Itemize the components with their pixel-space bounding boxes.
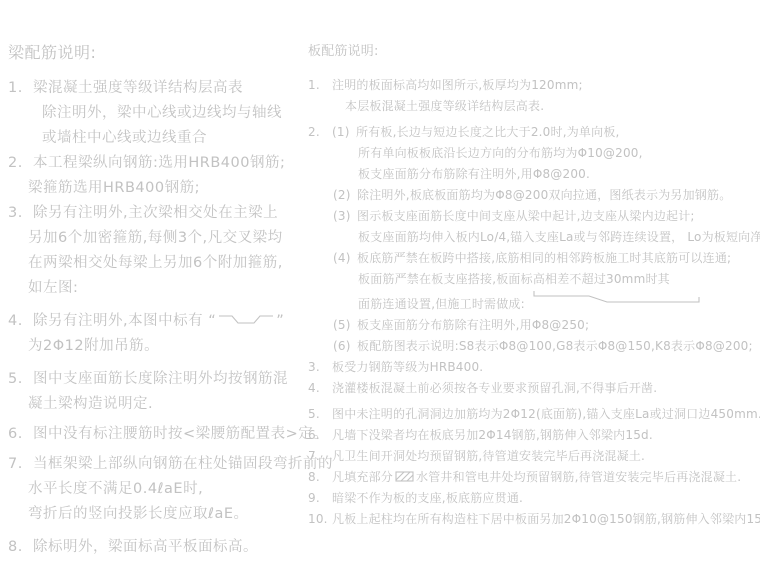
note-text: 凡墙下没梁者均在板底另加2Φ14钢筋,钢筋伸入邻梁内15d. bbox=[332, 428, 653, 442]
note-line: 板支座面筋均伸入板内Lo/4,锚入支座La或与邻跨连续设置， Lo为板短向净跨; bbox=[308, 227, 760, 248]
sub-item-marker: (1) bbox=[332, 122, 356, 143]
item-number: 4. bbox=[8, 309, 33, 334]
hatch-box-icon bbox=[395, 471, 414, 482]
slab-notes-title: 板配筋说明: bbox=[308, 40, 760, 59]
note-line: 6.凡墙下没梁者均在板底另加2Φ14钢筋,钢筋伸入邻梁内15d. bbox=[308, 425, 760, 446]
note-text: ” bbox=[276, 313, 284, 329]
note-line: 凝土梁构造说明定. bbox=[8, 392, 306, 417]
item-number: 9. bbox=[308, 488, 332, 509]
note-line: 8.除标明外，梁面标高平板面标高。 bbox=[8, 535, 306, 560]
item-number: 5. bbox=[308, 404, 332, 425]
note-line: 9.暗梁不作为板的支座,板底筋应贯通. bbox=[308, 488, 760, 509]
note-text: 凡卫生间开洞处均预留钢筋,待管道安装完毕后再浇混凝土. bbox=[332, 449, 645, 463]
note-line: 水平长度不满足0.4ℓaE时, bbox=[8, 477, 306, 502]
note-text: 当框架梁上部纵向钢筋在柱处锚固段弯折前的 bbox=[33, 456, 333, 472]
note-text: 注明的板面标高均如图所示,板厚均为120mm; bbox=[332, 78, 583, 92]
note-text: 凡板上起柱均在所有构造柱下居中板面另加2Φ10@150钢筋,钢筋伸入邻梁内15d… bbox=[332, 512, 760, 526]
note-line: 3.板受力钢筋等级为HRB400. bbox=[308, 357, 760, 378]
note-line: 另加6个加密箍筋,每侧3个,凡交叉梁均 bbox=[8, 226, 306, 251]
item-number: 3. bbox=[8, 201, 33, 226]
sub-item-marker: (2) bbox=[333, 185, 357, 206]
item-number: 1. bbox=[8, 76, 33, 101]
note-line: 除注明外，梁中心线或边线均与轴线 bbox=[8, 101, 306, 126]
item-number: 10. bbox=[308, 509, 332, 530]
sub-item-marker: (5) bbox=[333, 315, 357, 336]
note-text: 凡填充部分 bbox=[332, 470, 393, 484]
note-text: 图中没有标注腰筋时按<梁腰筋配置表>定。 bbox=[33, 426, 328, 442]
sub-item-marker: (6) bbox=[333, 336, 357, 357]
note-text: 梁混凝土强度等级详结构层高表 bbox=[33, 80, 243, 96]
beam-notes-column: 梁配筋说明: 1.梁混凝土强度等级详结构层高表 除注明外，梁中心线或边线均与轴线… bbox=[8, 40, 306, 560]
note-line: 所有单向板板底沿长边方向的分布筋均为Φ10@200, bbox=[308, 143, 760, 164]
note-text: 板支座面筋分布筋除有注明外,用Φ8@250; bbox=[357, 318, 589, 332]
note-line: 5.图中未注明的孔洞洞边加筋均为2Φ12(底面筋),锚入支座La或过洞口边450… bbox=[308, 404, 760, 425]
item-number: 7. bbox=[308, 446, 332, 467]
drawing-notes-sheet: 梁配筋说明: 1.梁混凝土强度等级详结构层高表 除注明外，梁中心线或边线均与轴线… bbox=[0, 0, 760, 570]
item-number: 6. bbox=[308, 425, 332, 446]
note-text: 浇灌楼板混凝土前必须按各专业要求预留孔洞,不得事后开凿. bbox=[332, 381, 657, 395]
slab-notes-column: 板配筋说明: 1.注明的板面标高均如图所示,板厚均为120mm; 本层板混凝土强… bbox=[308, 40, 760, 530]
note-text: 暗梁不作为板的支座,板底筋应贯通. bbox=[332, 491, 523, 505]
beam-notes-title: 梁配筋说明: bbox=[8, 40, 306, 63]
note-text: 除另有注明外,本图中标有 “ bbox=[33, 313, 216, 329]
item-number: 5. bbox=[8, 367, 33, 392]
note-line: 板面筋严禁在板支座搭接,板面标高相差不超过30mm时其 bbox=[308, 269, 760, 290]
note-text: 除另有注明外,主次梁相交处在主梁上 bbox=[33, 205, 278, 221]
item-number: 7. bbox=[8, 452, 33, 477]
note-text: 所有板,长边与短边长度之比大于2.0时,为单向板, bbox=[356, 125, 620, 139]
note-text: 本工程梁纵向钢筋:选用HRB400钢筋; bbox=[33, 155, 285, 171]
item-number: 2. bbox=[8, 151, 33, 176]
item-number: 6. bbox=[8, 422, 33, 447]
note-line: (5)板支座面筋分布筋除有注明外,用Φ8@250; bbox=[308, 315, 760, 336]
note-text: 板受力钢筋等级为HRB400. bbox=[332, 360, 483, 374]
note-text: 水管井和管电井处均预留钢筋,待管道安装完毕后再浇混凝土. bbox=[416, 470, 741, 484]
note-line: 弯折后的竖向投影长度应取ℓaE。 bbox=[8, 502, 306, 527]
note-line: 本层板混凝土强度等级详结构层高表. bbox=[308, 96, 760, 117]
note-line: 1.注明的板面标高均如图所示,板厚均为120mm; bbox=[308, 75, 760, 96]
note-text: 图中支座面筋长度除注明外均按钢筋混 bbox=[33, 371, 288, 387]
sub-item-marker: (3) bbox=[333, 206, 357, 227]
note-line: 板支座面筋分布筋除有注明外,用Φ8@200. bbox=[308, 164, 760, 185]
note-line: (2)除注明外,板底板面筋均为Φ8@200双向拉通，图纸表示为另加钢筋。 bbox=[308, 185, 760, 206]
note-line: 10.凡板上起柱均在所有构造柱下居中板面另加2Φ10@150钢筋,钢筋伸入邻梁内… bbox=[308, 509, 760, 530]
note-line: 7.当框架梁上部纵向钢筋在柱处锚固段弯折前的 bbox=[8, 452, 306, 477]
note-text: 板配筋图表示说明:S8表示Φ8@100,G8表示Φ8@150,K8表示Φ8@20… bbox=[357, 339, 753, 353]
note-line: 1.梁混凝土强度等级详结构层高表 bbox=[8, 76, 306, 101]
note-text: 板底筋严禁在板跨中搭接,底筋相同的相邻跨板施工时其底筋可以连通; bbox=[357, 251, 731, 265]
note-line: 5.图中支座面筋长度除注明外均按钢筋混 bbox=[8, 367, 306, 392]
item-number: 4. bbox=[308, 378, 332, 399]
note-text: 图示板支座面筋长度中间支座从梁中起计,边支座从梁内边起计; bbox=[357, 209, 695, 223]
note-line: (4)板底筋严禁在板跨中搭接,底筋相同的相邻跨板施工时其底筋可以连通; bbox=[308, 248, 760, 269]
note-line: 2.本工程梁纵向钢筋:选用HRB400钢筋; bbox=[8, 151, 306, 176]
item-number: 8. bbox=[308, 467, 332, 488]
note-line: 7.凡卫生间开洞处均预留钢筋,待管道安装完毕后再浇混凝土. bbox=[308, 446, 760, 467]
note-line: (3)图示板支座面筋长度中间支座从梁中起计,边支座从梁内边起计; bbox=[308, 206, 760, 227]
offset-step-symbol bbox=[533, 290, 701, 306]
note-line: (6)板配筋图表示说明:S8表示Φ8@100,G8表示Φ8@150,K8表示Φ8… bbox=[308, 336, 760, 357]
hanger-bar-symbol bbox=[218, 313, 274, 326]
item-number: 3. bbox=[308, 357, 332, 378]
note-text: 面筋连通设置,但施工时需做成: bbox=[358, 297, 525, 311]
note-text: 除标明外，梁面标高平板面标高。 bbox=[33, 539, 258, 555]
note-line: 4.除另有注明外,本图中标有 “” bbox=[8, 309, 306, 334]
sub-item-marker: (4) bbox=[333, 248, 357, 269]
note-line: 3.除另有注明外,主次梁相交处在主梁上 bbox=[8, 201, 306, 226]
note-line: 4.浇灌楼板混凝土前必须按各专业要求预留孔洞,不得事后开凿. bbox=[308, 378, 760, 399]
item-number: 8. bbox=[8, 535, 33, 560]
note-line: 为2Φ12附加吊筋。 bbox=[8, 334, 306, 359]
note-line: 8.凡填充部分水管井和管电井处均预留钢筋,待管道安装完毕后再浇混凝土. bbox=[308, 467, 760, 488]
note-line: 梁箍筋选用HRB400钢筋; bbox=[8, 176, 306, 201]
note-line: 6.图中没有标注腰筋时按<梁腰筋配置表>定。 bbox=[8, 422, 306, 447]
note-line: 或墙柱中心线或边线重合 bbox=[8, 126, 306, 151]
item-number: 1. bbox=[308, 75, 332, 96]
note-line: 2.(1)所有板,长边与短边长度之比大于2.0时,为单向板, bbox=[308, 122, 760, 143]
note-text: 图中未注明的孔洞洞边加筋均为2Φ12(底面筋),锚入支座La或过洞口边450mm… bbox=[332, 407, 760, 421]
item-number: 2. bbox=[308, 122, 332, 143]
note-line: 如左图: bbox=[8, 276, 306, 301]
note-text: 除注明外,板底板面筋均为Φ8@200双向拉通，图纸表示为另加钢筋。 bbox=[357, 188, 731, 202]
note-line: 在两梁相交处每梁上另加6个附加箍筋, bbox=[8, 251, 306, 276]
note-line: 面筋连通设置,但施工时需做成: bbox=[308, 290, 760, 315]
